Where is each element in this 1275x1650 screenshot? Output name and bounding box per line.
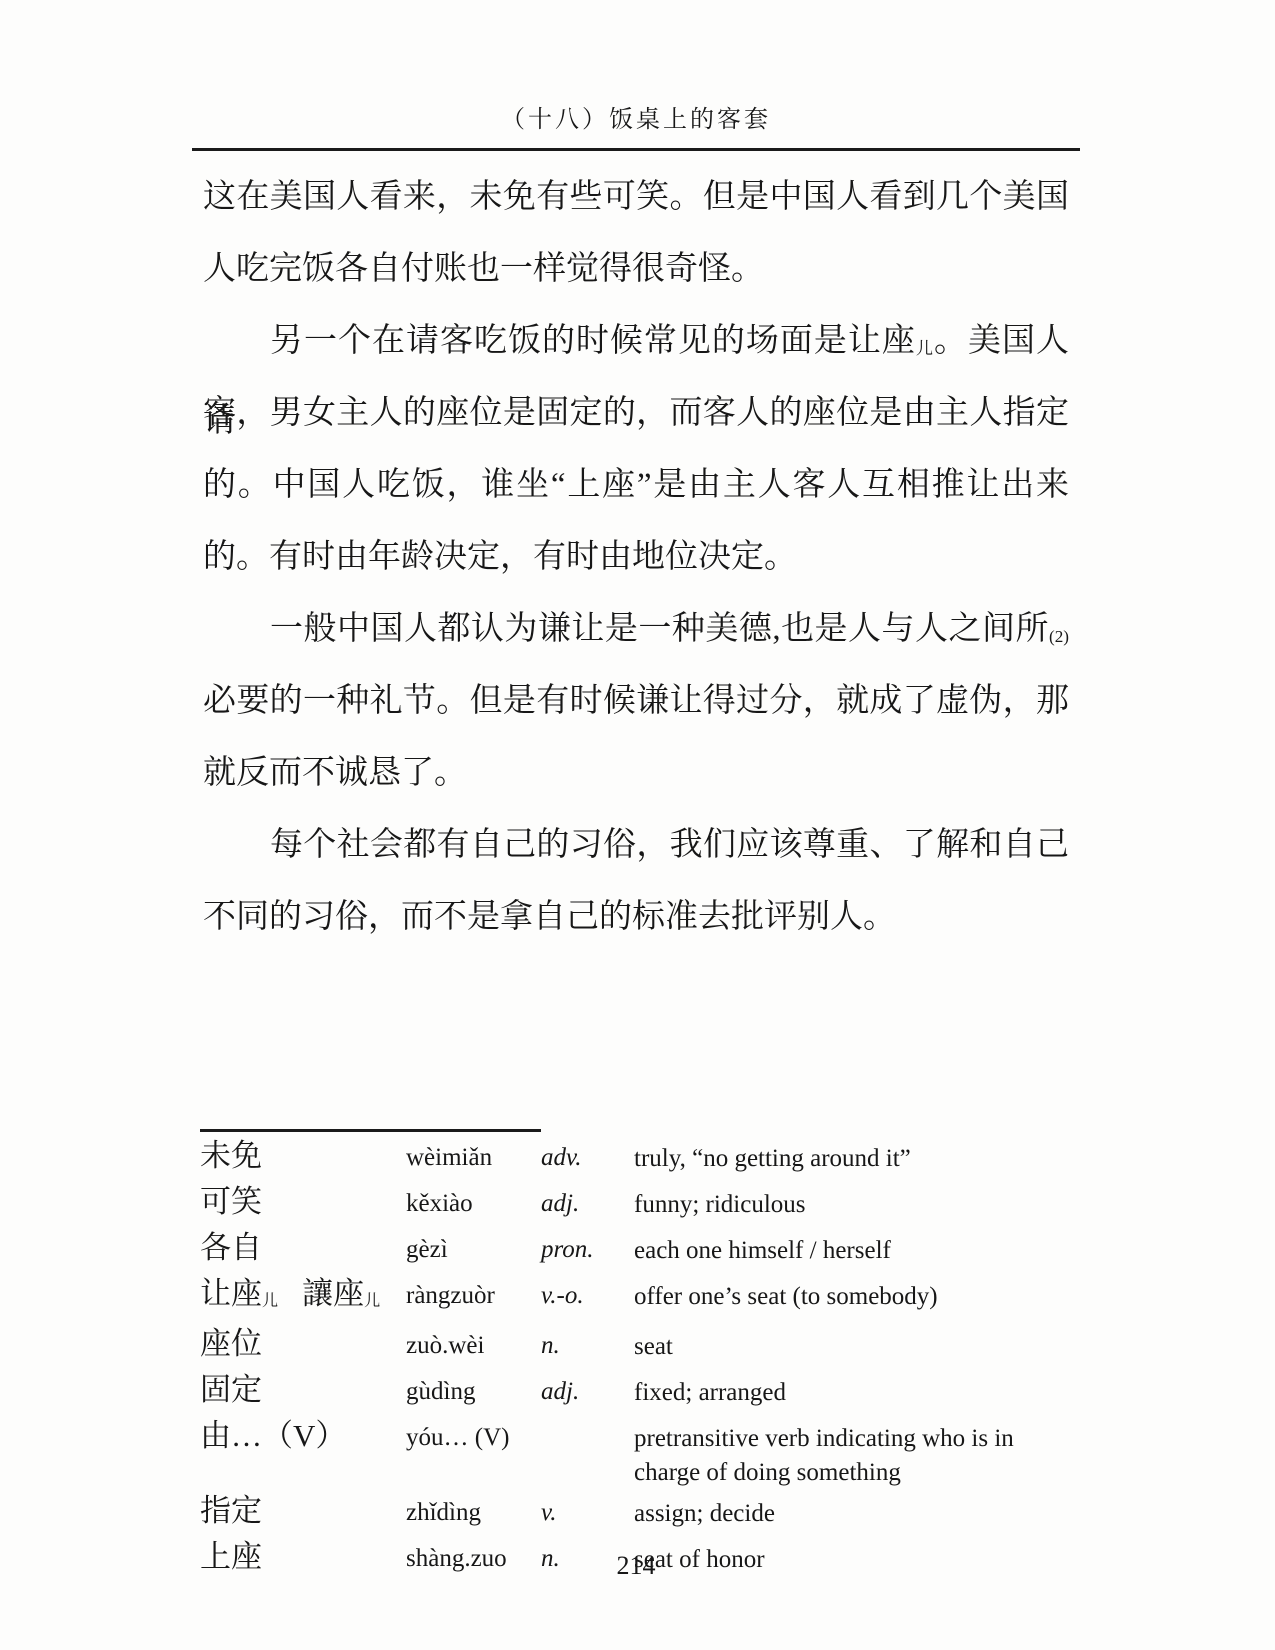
vocab-row: 指定zhǐdìngv.assign; decide — [200, 1490, 1072, 1536]
vocab-part-of-speech: v. — [541, 1490, 634, 1529]
vocab-english: fixed; arranged — [634, 1369, 1072, 1410]
vocab-pinyin: yóu… (V) — [406, 1415, 541, 1454]
text-line: 另一个在请客吃饭的时候常见的场面是让座儿。美国人请 — [203, 305, 1069, 377]
body-text-segment: 必要的一种礼节。但是有时候谦让得过分，就成了虚伪，那 — [203, 683, 1069, 719]
text-line: 必要的一种礼节。但是有时候谦让得过分，就成了虚伪，那 — [203, 665, 1069, 737]
text-line: 客，男女主人的座位是固定的，而客人的座位是由主人指定 — [203, 377, 1069, 449]
text-line: 这在美国人看来，未免有些可笑。但是中国人看到几个美国 — [203, 161, 1069, 233]
vocab-part-of-speech: v.-o. — [541, 1273, 634, 1312]
text-line: 每个社会都有自己的习俗，我们应该尊重、了解和自己 — [203, 809, 1069, 881]
vocab-english: seat — [634, 1323, 1072, 1364]
vocab-english: pretransitive verb indicating who is in … — [634, 1415, 1072, 1490]
subscript-text: 儿 — [364, 1293, 380, 1310]
vocab-pinyin: zuò.wèi — [406, 1323, 541, 1362]
vocab-chinese: 指定 — [200, 1490, 406, 1532]
subscript-text: 儿 — [262, 1293, 278, 1310]
body-text-segment: 一般中国人都认为谦让是一种美德,也是人与人之间所 — [270, 611, 1049, 647]
vocab-part-of-speech: n. — [541, 1323, 634, 1362]
body-text-segment: 不同的习俗，而不是拿自己的标准去批评别人。 — [203, 899, 896, 935]
body-text-segment: 每个社会都有自己的习俗，我们应该尊重、了解和自己 — [270, 827, 1069, 863]
vocab-chinese: 由…（V） — [200, 1415, 406, 1457]
vocab-chinese-text: 讓座 — [302, 1276, 364, 1311]
subscript-text: 儿 — [916, 339, 934, 358]
vocab-part-of-speech: adv. — [541, 1135, 634, 1174]
vocab-part-of-speech: pron. — [541, 1227, 634, 1266]
body-text-segment: 这在美国人看来，未免有些可笑。但是中国人看到几个美国 — [203, 179, 1069, 215]
vocab-chinese: 让座儿讓座儿 — [200, 1273, 406, 1323]
vocab-chinese: 未免 — [200, 1135, 406, 1177]
vocab-list: 未免wèimiǎnadv.truly, “no getting around i… — [200, 1129, 1072, 1582]
vocab-pinyin: kěxiào — [406, 1181, 541, 1220]
vocab-part-of-speech — [541, 1415, 634, 1422]
vocab-rows: 未免wèimiǎnadv.truly, “no getting around i… — [200, 1135, 1072, 1582]
text-line: 人吃完饭各自付账也一样觉得很奇怪。 — [203, 233, 1069, 305]
vocab-chinese-text: 可笑 — [200, 1184, 262, 1219]
vocab-part-of-speech: adj. — [541, 1181, 634, 1220]
vocab-row: 座位zuò.wèin.seat — [200, 1323, 1072, 1369]
vocab-row: 未免wèimiǎnadv.truly, “no getting around i… — [200, 1135, 1072, 1181]
vocab-pinyin: ràngzuòr — [406, 1273, 541, 1312]
vocab-english: funny; ridiculous — [634, 1181, 1072, 1222]
body-text-segment: 另一个在请客吃饭的时候常见的场面是让座 — [270, 323, 916, 359]
body-text: 这在美国人看来，未免有些可笑。但是中国人看到几个美国人吃完饭各自付账也一样觉得很… — [203, 161, 1069, 953]
vocab-pinyin: gùdìng — [406, 1369, 541, 1408]
vocab-rule — [200, 1129, 541, 1132]
paragraph: 一般中国人都认为谦让是一种美德,也是人与人之间所(2)必要的一种礼节。但是有时候… — [203, 593, 1069, 809]
vocab-english: each one himself / herself — [634, 1227, 1072, 1268]
text-line: 的。中国人吃饭，谁坐“上座”是由主人客人互相推让出来 — [203, 449, 1069, 521]
page-number: 214 — [203, 1551, 1069, 1581]
body-text-segment: 人吃完饭各自付账也一样觉得很奇怪。 — [203, 251, 764, 287]
body-text-segment: 的。中国人吃饭，谁坐“上座”是由主人客人互相推让出来 — [203, 467, 1069, 503]
header-rule — [192, 148, 1080, 151]
vocab-chinese: 各自 — [200, 1227, 406, 1269]
vocab-row: 各自gèzìpron.each one himself / herself — [200, 1227, 1072, 1273]
vocab-chinese-text: 未免 — [200, 1138, 262, 1173]
vocab-pinyin: wèimiǎn — [406, 1135, 541, 1174]
paragraph: 每个社会都有自己的习俗，我们应该尊重、了解和自己不同的习俗，而不是拿自己的标准去… — [203, 809, 1069, 953]
text-line: 就反而不诚恳了。 — [203, 737, 1069, 809]
vocab-english: offer one’s seat (to somebody) — [634, 1273, 1072, 1314]
body-text-segment: 客，男女主人的座位是固定的，而客人的座位是由主人指定 — [203, 395, 1069, 431]
text-line: 的。有时由年龄决定，有时由地位决定。 — [203, 521, 1069, 593]
text-line: 不同的习俗，而不是拿自己的标准去批评别人。 — [203, 881, 1069, 953]
vocab-row: 可笑kěxiàoadj.funny; ridiculous — [200, 1181, 1072, 1227]
body-text-segment: 的。有时由年龄决定，有时由地位决定。 — [203, 539, 797, 575]
paragraph: 另一个在请客吃饭的时候常见的场面是让座儿。美国人请客，男女主人的座位是固定的，而… — [203, 305, 1069, 593]
vocab-chinese-text: 由…（V） — [200, 1418, 346, 1453]
vocab-english: truly, “no getting around it” — [634, 1135, 1072, 1176]
vocab-chinese-text: 各自 — [200, 1230, 262, 1265]
vocab-chinese-text: 固定 — [200, 1372, 262, 1407]
vocab-row: 让座儿讓座儿ràngzuòrv.-o.offer one’s seat (to … — [200, 1273, 1072, 1323]
subscript-text: (2) — [1049, 627, 1069, 646]
vocab-pinyin: zhǐdìng — [406, 1490, 541, 1529]
vocab-chinese: 座位 — [200, 1323, 406, 1365]
vocab-row: 由…（V）yóu… (V)pretransitive verb indicati… — [200, 1415, 1072, 1490]
chapter-title: （十八）饭桌上的客套 — [203, 99, 1069, 134]
vocab-pinyin: gèzì — [406, 1227, 541, 1266]
vocab-chinese-text: 座位 — [200, 1326, 262, 1361]
vocab-chinese: 可笑 — [200, 1181, 406, 1223]
vocab-english: assign; decide — [634, 1490, 1072, 1531]
vocab-part-of-speech: adj. — [541, 1369, 634, 1408]
vocab-chinese: 固定 — [200, 1369, 406, 1411]
vocab-chinese-text: 指定 — [200, 1493, 262, 1528]
text-line: 一般中国人都认为谦让是一种美德,也是人与人之间所(2) — [203, 593, 1069, 665]
scanned-textbook-page: （十八）饭桌上的客套 这在美国人看来，未免有些可笑。但是中国人看到几个美国人吃完… — [0, 0, 1275, 1650]
vocab-row: 固定gùdìngadj.fixed; arranged — [200, 1369, 1072, 1415]
paragraph: 这在美国人看来，未免有些可笑。但是中国人看到几个美国人吃完饭各自付账也一样觉得很… — [203, 161, 1069, 305]
vocab-chinese-text: 让座 — [200, 1276, 262, 1311]
body-text-segment: 就反而不诚恳了。 — [203, 755, 467, 791]
